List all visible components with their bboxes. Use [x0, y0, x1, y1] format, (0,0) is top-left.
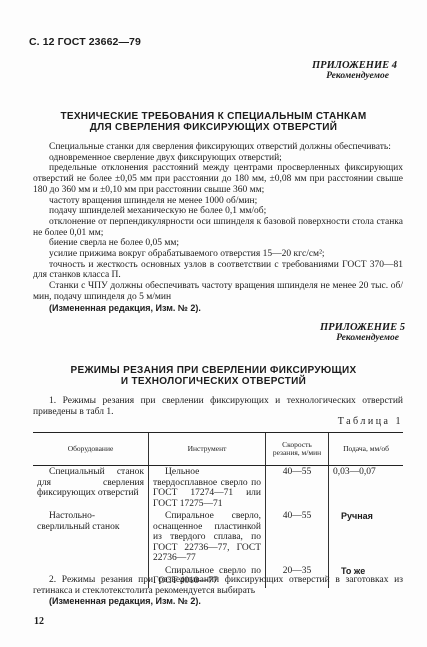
section-5-title: РЕЖИМЫ РЕЗАНИЯ ПРИ СВЕРЛЕНИИ ФИКСИРУЮЩИХ…	[0, 365, 427, 387]
paragraph: предельные отклонения расстояний между ц…	[33, 163, 403, 195]
section-4-body: Специальные станки для сверления фиксиру…	[33, 142, 403, 313]
appendix-5-heading: ПРИЛОЖЕНИЕ 5 Рекомендуемое	[320, 322, 405, 344]
page-number: 12	[34, 616, 44, 627]
column-header: Оборудование	[33, 433, 149, 466]
column-header: Инструмент	[149, 433, 266, 466]
section-5-title-line2: И ТЕХНОЛОГИЧЕСКИХ ОТВЕРСТИЙ	[0, 376, 427, 387]
section-5-title-line1: РЕЖИМЫ РЕЗАНИЯ ПРИ СВЕРЛЕНИИ ФИКСИРУЮЩИХ	[0, 365, 427, 376]
paragraph: одновременное сверление двух фиксирующих…	[33, 153, 403, 164]
cutting-modes-table: Оборудование Инструмент Скорость резания…	[33, 432, 403, 588]
table-row: Специальный станок для сверления фиксиру…	[33, 466, 403, 511]
appendix-4-status: Рекомендуемое	[312, 71, 389, 82]
appendix-4-heading: ПРИЛОЖЕНИЕ 4 Рекомендуемое	[312, 60, 397, 82]
table-row: Настольно-сверлильный станок Спиральное …	[33, 510, 403, 565]
cell-tool: Цельное твердосплавное сверло по ГОСТ 17…	[149, 466, 266, 511]
paragraph: отклонение от перпендикулярности оси шпи…	[33, 217, 403, 238]
paragraph: точность и жесткость основных узлов в со…	[33, 260, 403, 281]
appendix-5-label: ПРИЛОЖЕНИЕ 5	[320, 322, 405, 333]
paragraph: Специальные станки для сверления фиксиру…	[33, 142, 403, 153]
cell-speed: 40—55	[266, 466, 329, 511]
paragraph: усилие прижима вокруг обрабатываемого от…	[33, 249, 403, 260]
paragraph: биение сверла не более 0,05 мм;	[33, 238, 403, 249]
cell-equipment: Настольно-сверлильный станок	[33, 510, 149, 565]
table-header-row: Оборудование Инструмент Скорость резания…	[33, 433, 403, 466]
column-header: Подача, мм/об	[329, 433, 404, 466]
section-5-intro: 1. Режимы резания при сверлении фиксирую…	[33, 396, 403, 417]
cell-speed: 40—55	[266, 510, 329, 565]
section-4-title-line1: ТЕХНИЧЕСКИЕ ТРЕБОВАНИЯ К СПЕЦИАЛЬНЫМ СТА…	[0, 111, 427, 122]
paragraph: частоту вращения шпинделя не менее 1000 …	[33, 196, 403, 207]
table-caption: Таблица 1	[338, 416, 403, 427]
cell-equipment: Специальный станок для сверления фиксиру…	[33, 466, 149, 511]
cell-feed: 0,03—0,07	[329, 466, 404, 511]
cell-tool: Спиральное сверло, оснащенное пластинкой…	[149, 510, 266, 565]
section-4-title: ТЕХНИЧЕСКИЕ ТРЕБОВАНИЯ К СПЕЦИАЛЬНЫМ СТА…	[0, 111, 427, 133]
page-header: С. 12 ГОСТ 23662—79	[29, 36, 141, 48]
paragraph: 2. Режимы резания при развертывании фикс…	[33, 575, 403, 596]
appendix-4-label: ПРИЛОЖЕНИЕ 4	[312, 60, 397, 71]
amendment-note: (Измененная редакция, Изм. № 2).	[33, 596, 403, 607]
cell-feed: Ручная	[329, 510, 404, 565]
appendix-5-status: Рекомендуемое	[320, 333, 399, 344]
section-4-title-line2: ДЛЯ СВЕРЛЕНИЯ ФИКСИРУЮЩИХ ОТВЕРСТИЙ	[0, 122, 427, 133]
paragraph: подачу шпинделей механическую не более 0…	[33, 206, 403, 217]
paragraph: Станки с ЧПУ должны обеспечивать частоту…	[33, 281, 403, 302]
paragraph: 1. Режимы резания при сверлении фиксирую…	[33, 396, 403, 417]
amendment-note: (Измененная редакция, Изм. № 2).	[33, 303, 403, 314]
column-header: Скорость резания, м/мин	[266, 433, 329, 466]
section-5-closing: 2. Режимы резания при развертывании фикс…	[33, 575, 403, 607]
